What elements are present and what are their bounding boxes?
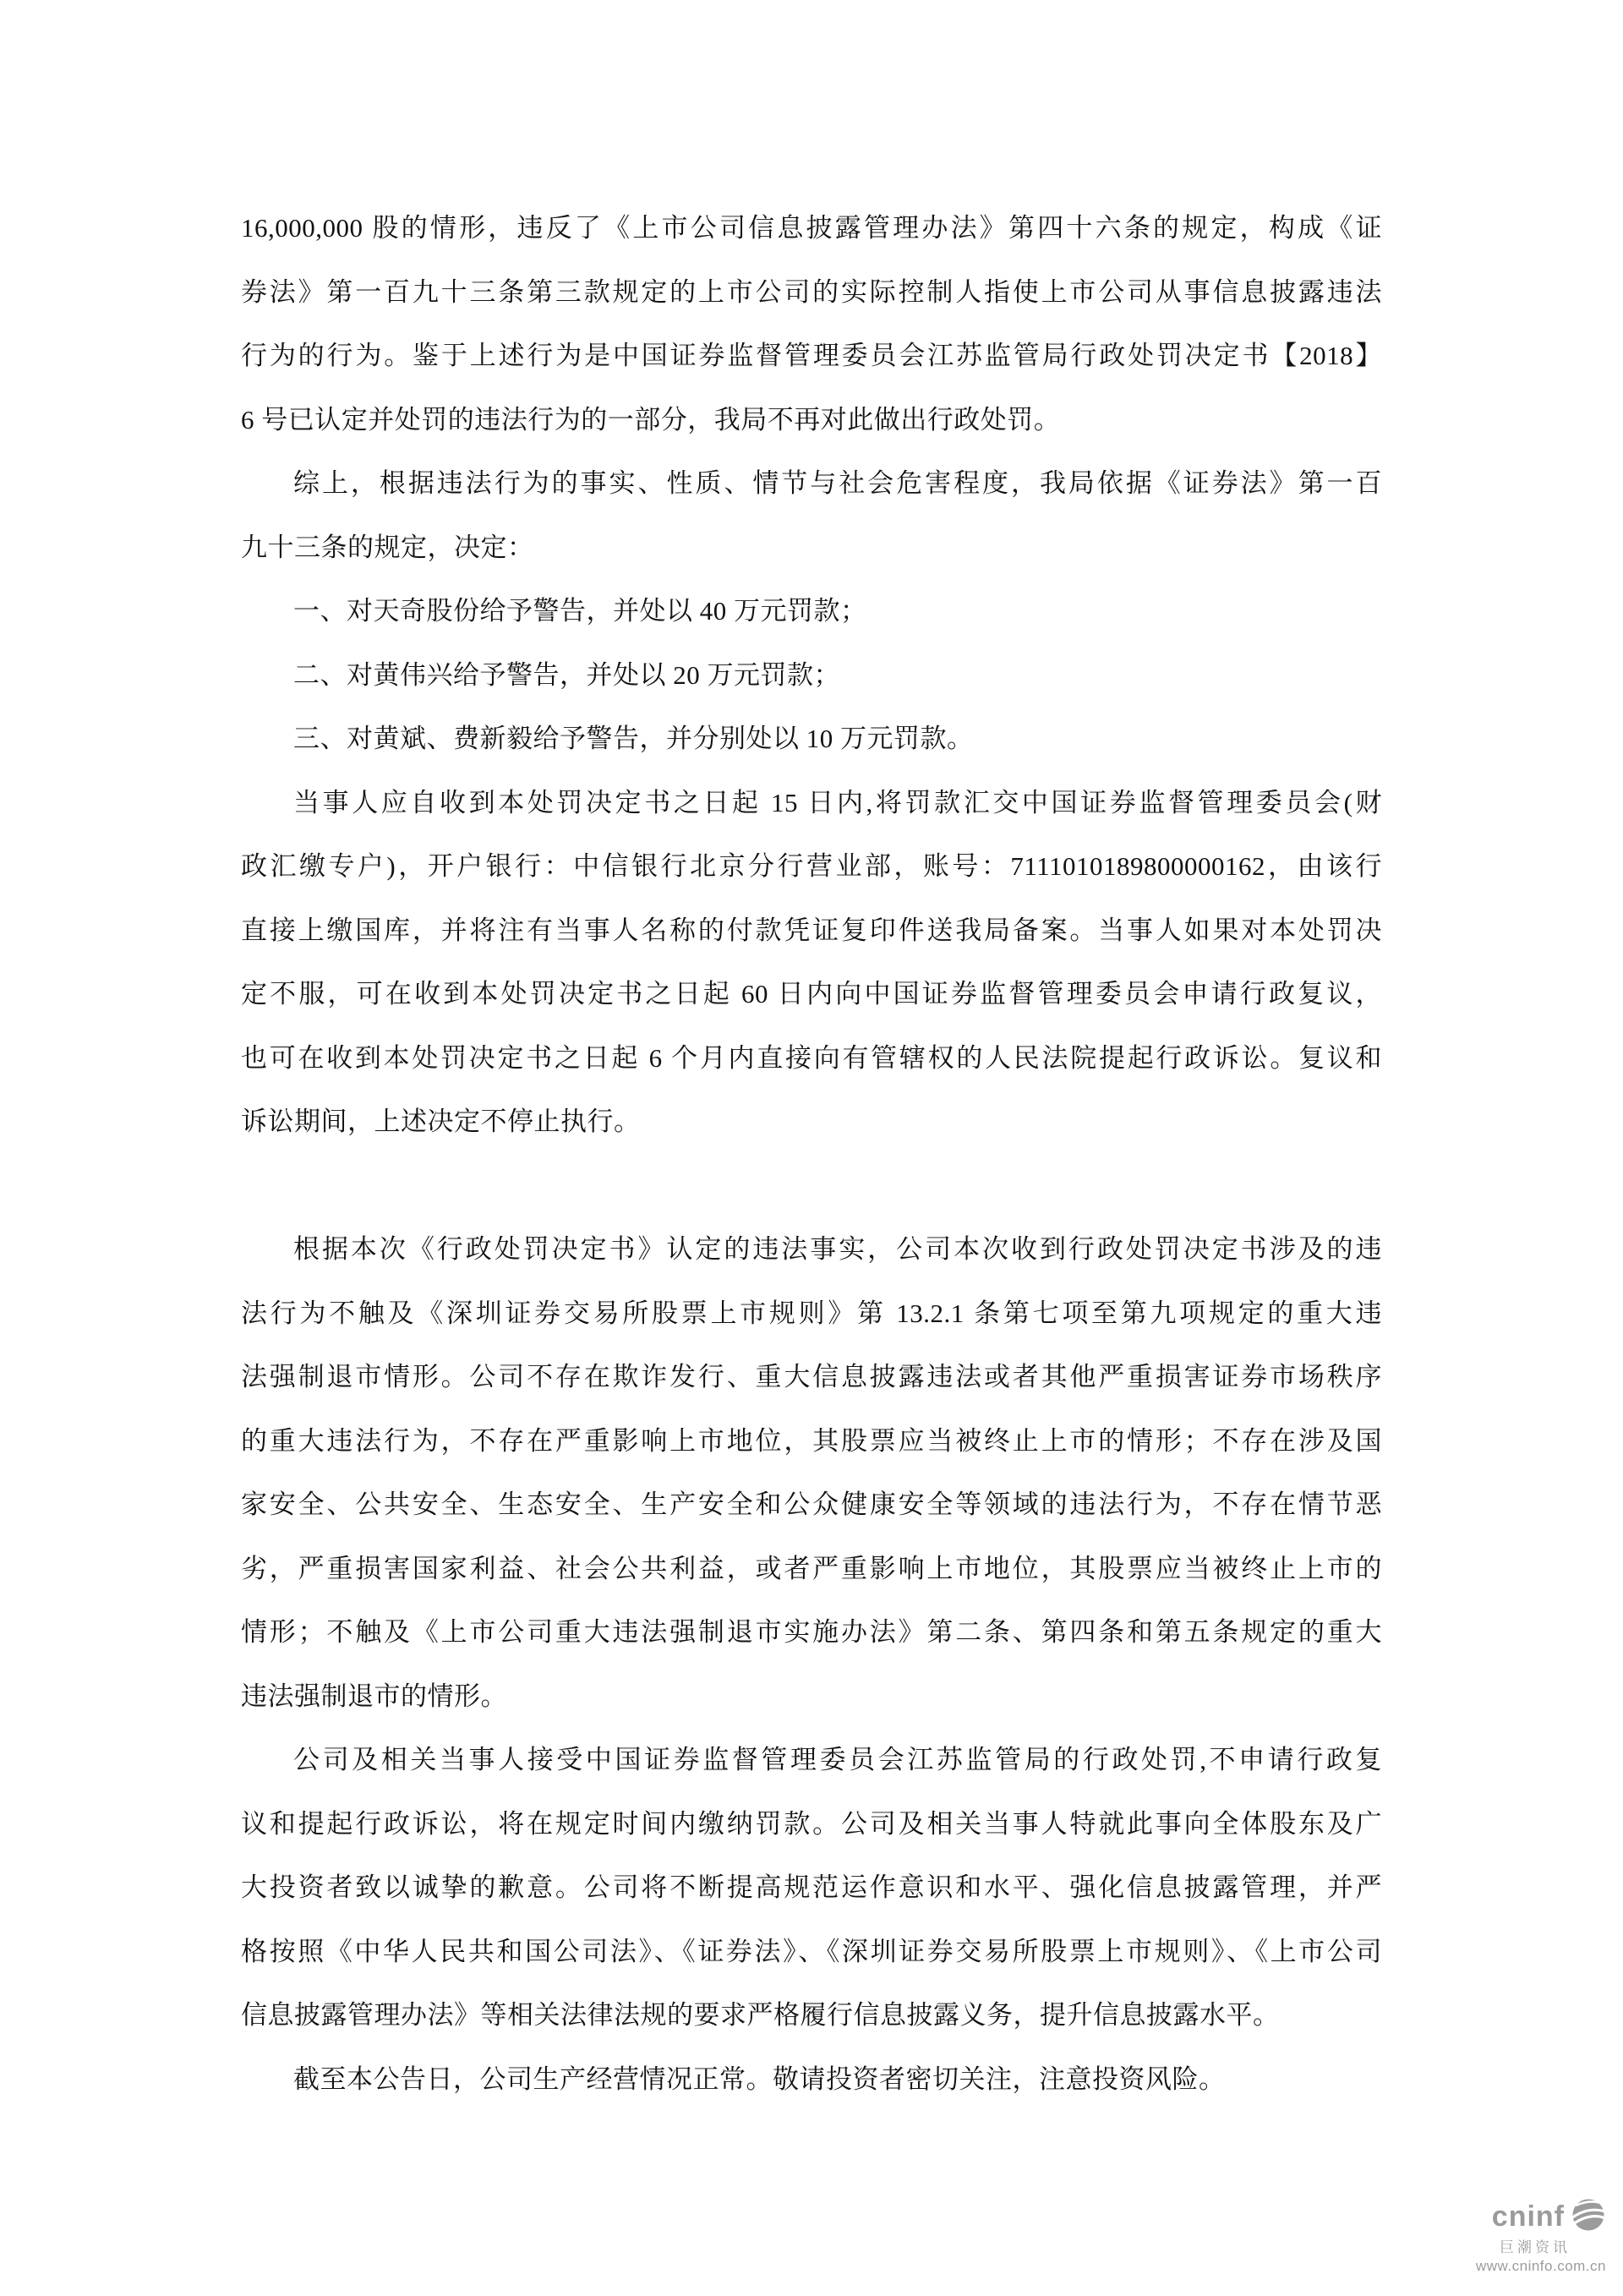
document-page: 16,000,000 股的情形，违反了《上市公司信息披露管理办法》第四十六条的规… <box>0 0 1623 2296</box>
text-line: 信息披露管理办法》等相关法律法规的要求严格履行信息披露义务，提升信息披露水平。 <box>241 1983 1382 2047</box>
cninfo-logo-row: cninf <box>1403 2198 1606 2235</box>
text-line: 情形；不触及《上市公司重大违法强制退市实施办法》第二条、第四条和第五条规定的重大 <box>241 1600 1382 1665</box>
text-line: 截至本公告日，公司生产经营情况正常。敬请投资者密切关注，注意投资风险。 <box>241 2047 1382 2112</box>
cninfo-url: www.cninfo.com.cn <box>1403 2259 1606 2273</box>
text-line: 根据本次《行政处罚决定书》认定的违法事实，公司本次收到行政处罚决定书涉及的违 <box>241 1217 1382 1282</box>
cninfo-logo: cninf 巨潮资讯 www.cninfo.com.cn <box>1403 2198 1606 2273</box>
text-line: 6 号已认定并处罚的违法行为的一部分，我局不再对此做出行政处罚。 <box>241 388 1382 452</box>
text-line: 法强制退市情形。公司不存在欺诈发行、重大信息披露违法或者其他严重损害证券市场秩序 <box>241 1345 1382 1409</box>
text-line: 政汇缴专户)，开户银行：中信银行北京分行营业部，账号：7111010189800… <box>241 834 1382 899</box>
cninfo-brand-chinese: 巨潮资讯 <box>1403 2240 1571 2255</box>
text-line: 行为的行为。鉴于上述行为是中国证券监督管理委员会江苏监管局行政处罚决定书【201… <box>241 324 1382 388</box>
text-line: 当事人应自收到本处罚决定书之日起 15 日内,将罚款汇交中国证券监督管理委员会(… <box>241 771 1382 835</box>
text-line: 也可在收到本处罚决定书之日起 6 个月内直接向有管辖权的人民法院提起行政诉讼。复… <box>241 1026 1382 1091</box>
text-line: 诉讼期间，上述决定不停止执行。 <box>241 1090 1382 1154</box>
text-line: 一、对天奇股份给予警告，并处以 40 万元罚款； <box>241 579 1382 643</box>
text-line: 违法强制退市的情形。 <box>241 1665 1382 1729</box>
blank-line <box>241 1154 1382 1218</box>
text-line: 三、对黄斌、费新毅给予警告，并分别处以 10 万元罚款。 <box>241 707 1382 771</box>
document-body: 16,000,000 股的情形，违反了《上市公司信息披露管理办法》第四十六条的规… <box>241 196 1382 2111</box>
text-line: 二、对黄伟兴给予警告，并处以 20 万元罚款； <box>241 643 1382 708</box>
text-line: 综上，根据违法行为的事实、性质、情节与社会危害程度，我局依据《证券法》第一百 <box>241 451 1382 516</box>
cninfo-brand-text: cninf <box>1492 2202 1565 2231</box>
text-line: 家安全、公共安全、生态安全、生产安全和公众健康安全等领域的违法行为，不存在情节恶 <box>241 1473 1382 1537</box>
text-line: 16,000,000 股的情形，违反了《上市公司信息披露管理办法》第四十六条的规… <box>241 196 1382 260</box>
text-line: 劣，严重损害国家利益、社会公共利益，或者严重影响上市地位，其股票应当被终止上市的 <box>241 1537 1382 1601</box>
text-line: 格按照《中华人民共和国公司法》、《证券法》、《深圳证券交易所股票上市规则》、《上… <box>241 1920 1382 1984</box>
text-line: 直接上缴国库，并将注有当事人名称的付款凭证复印件送我局备案。当事人如果对本处罚决 <box>241 899 1382 963</box>
text-line: 定不服，可在收到本处罚决定书之日起 60 日内向中国证券监督管理委员会申请行政复… <box>241 962 1382 1026</box>
text-line: 公司及相关当事人接受中国证券监督管理委员会江苏监管局的行政处罚,不申请行政复 <box>241 1728 1382 1792</box>
cninfo-globe-icon <box>1571 2198 1606 2235</box>
text-line: 的重大违法行为，不存在严重影响上市地位，其股票应当被终止上市的情形；不存在涉及国 <box>241 1409 1382 1473</box>
text-line: 大投资者致以诚挚的歉意。公司将不断提高规范运作意识和水平、强化信息披露管理，并严 <box>241 1856 1382 1920</box>
text-line: 券法》第一百九十三条第三款规定的上市公司的实际控制人指使上市公司从事信息披露违法 <box>241 260 1382 325</box>
text-line: 法行为不触及《深圳证券交易所股票上市规则》第 13.2.1 条第七项至第九项规定… <box>241 1282 1382 1346</box>
text-line: 议和提起行政诉讼，将在规定时间内缴纳罚款。公司及相关当事人特就此事向全体股东及广 <box>241 1792 1382 1856</box>
text-line: 九十三条的规定，决定： <box>241 516 1382 580</box>
